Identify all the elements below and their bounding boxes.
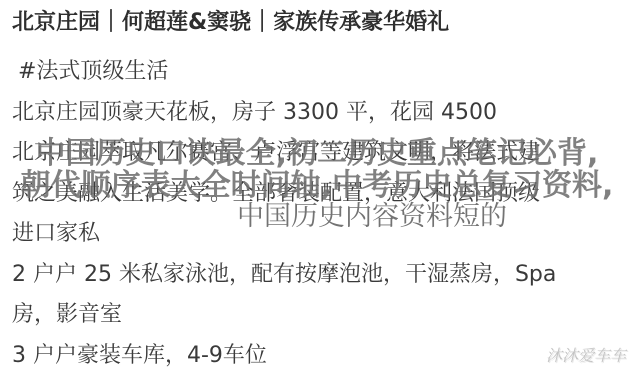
watermark: 沐沐爱车车 (546, 343, 626, 366)
body-line: 房，影音室 (12, 295, 628, 336)
hashtag-link[interactable]: #法式顶级生活 (12, 52, 628, 93)
post-body: #法式顶级生活 北京庄园顶豪天花板，房子 3300 平，花园 4500 北京庄园… (12, 52, 628, 375)
body-line: 北京庄园萃取凡尔赛宫、卢浮宫等建筑文明，将法式建 (12, 133, 628, 174)
body-line: 北京庄园顶豪天花板，房子 3300 平，花园 4500 (12, 93, 628, 134)
body-line: 2 户户 25 米私家泳池，配有按摩泡池，干湿蒸房，Spa (12, 255, 628, 296)
post-title: 北京庄园｜何超莲&窦骁｜家族传承豪华婚礼 (12, 5, 449, 36)
body-line: 3 户户豪装车库，4-9车位 (12, 336, 628, 375)
body-line: 筑之美融入生活美学。全部奢装配置，意大利法国顶级 (12, 174, 628, 215)
body-line: 进口家私 (12, 214, 628, 255)
